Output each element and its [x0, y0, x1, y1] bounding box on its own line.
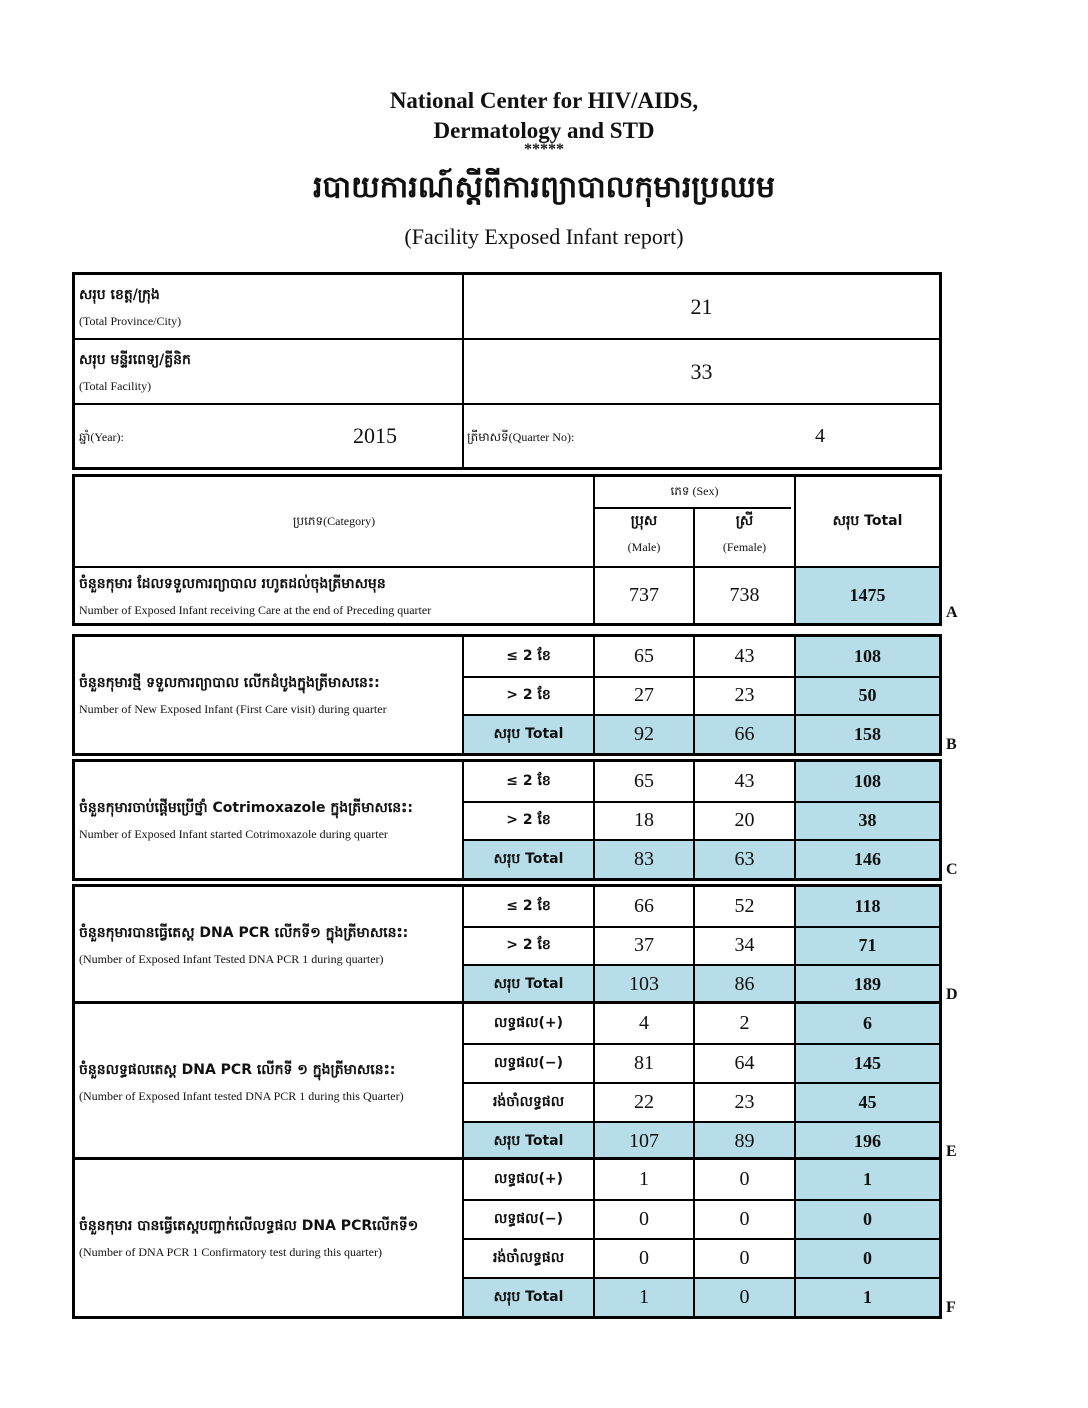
male-value: 37 — [595, 928, 693, 965]
male-value: 65 — [595, 762, 693, 801]
female-value: 2 — [695, 1004, 794, 1043]
section-a-female: 738 — [695, 568, 794, 623]
total-value: 45 — [796, 1084, 939, 1121]
total-value: 1 — [796, 1279, 939, 1316]
total-value: 145 — [796, 1045, 939, 1082]
female-value: 34 — [695, 928, 794, 965]
total-value: 71 — [796, 928, 939, 965]
female-value: 43 — [695, 762, 794, 801]
separator-stars: ***** — [0, 143, 1088, 157]
female-value: 86 — [695, 966, 794, 1003]
section-b-table: ចំនួនកុមារថ្មី ទទួលការព្យាបាល លើកដំបូងក្… — [72, 634, 942, 756]
male-value: 1 — [595, 1160, 693, 1199]
section-c-label: ចំនួនកុមារចាប់ផ្តើមប្រើថ្នាំ Cotrimoxazo… — [79, 762, 459, 878]
female-value: 0 — [695, 1279, 794, 1316]
male-value: 65 — [595, 637, 693, 676]
facility-value: 33 — [464, 340, 939, 403]
female-value: 0 — [695, 1240, 794, 1277]
male-value: 107 — [595, 1123, 693, 1160]
quarter-value: 4 — [795, 425, 845, 448]
male-value: 18 — [595, 803, 693, 840]
row-label: លទ្ធផល(+) — [464, 1004, 593, 1043]
row-label: ≤ 2 ខែ — [464, 887, 593, 926]
facility-label: សរុប មន្ទីរពេទ្យ/គ្លីនិក (Total Facility… — [79, 350, 459, 394]
male-header: ប្រុស (Male) — [595, 511, 693, 555]
male-value: 0 — [595, 1201, 693, 1238]
row-label: > 2 ខែ — [464, 678, 593, 715]
section-c-letter: C — [946, 861, 958, 879]
province-value: 21 — [464, 275, 939, 338]
row-label: ≤ 2 ខែ — [464, 637, 593, 676]
section-c-table: ចំនួនកុមារចាប់ផ្តើមប្រើថ្នាំ Cotrimoxazo… — [72, 759, 942, 881]
total-value: 50 — [796, 678, 939, 715]
row-label: ≤ 2 ខែ — [464, 762, 593, 801]
year-value: 2015 — [325, 423, 425, 449]
female-value: 0 — [695, 1160, 794, 1199]
section-f-label: ចំនួនកុមារ បានធ្វើតេស្តបញ្ជាក់លើលទ្ធផល D… — [79, 1160, 459, 1316]
section-e-label: ចំនួនលទ្ធផលតេស្ត DNA PCR លើកទី ១ ក្នុងត្… — [79, 1004, 459, 1160]
row-label: លទ្ធផល(−) — [464, 1201, 593, 1238]
female-value: 52 — [695, 887, 794, 926]
female-value: 89 — [695, 1123, 794, 1160]
row-label: សរុប Total — [464, 966, 593, 1003]
section-d-table: ចំនួនកុមារបានធ្វើតេស្ត DNA PCR លើកទី១ ក្… — [72, 884, 942, 1006]
male-value: 0 — [595, 1240, 693, 1277]
section-e-table: ចំនួនលទ្ធផលតេស្ត DNA PCR លើកទី ១ ក្នុងត្… — [72, 1001, 942, 1163]
total-header: សរុប Total — [796, 477, 939, 566]
row-label: > 2 ខែ — [464, 803, 593, 840]
section-a-label: ចំនួនកុមារ ដែលទទួលការព្យាបាល រហូតដល់ចុងត… — [79, 574, 589, 618]
year-label: ឆ្នាំ(Year): — [79, 429, 124, 447]
female-value: 66 — [695, 716, 794, 753]
report-title-khmer: របាយការណ៍ស្តីពីការព្យាបាលកុមារប្រឈម — [0, 168, 1088, 208]
row-label: សរុប Total — [464, 1123, 593, 1160]
org-line-1: National Center for HIV/AIDS, — [0, 86, 1088, 116]
male-value: 4 — [595, 1004, 693, 1043]
row-label: សរុប Total — [464, 716, 593, 753]
total-value: 158 — [796, 716, 939, 753]
row-label: > 2 ខែ — [464, 928, 593, 965]
organization-name: National Center for HIV/AIDS, Dermatolog… — [0, 86, 1088, 146]
total-value: 38 — [796, 803, 939, 840]
total-value: 0 — [796, 1201, 939, 1238]
report-subtitle: (Facility Exposed Infant report) — [0, 222, 1088, 252]
quarter-label: ត្រីមាសទី(Quarter No): — [467, 429, 574, 447]
section-a-total: 1475 — [796, 568, 939, 623]
row-label: លទ្ធផល(−) — [464, 1045, 593, 1082]
section-a-male: 737 — [595, 568, 693, 623]
female-header: ស្រី (Female) — [695, 511, 794, 555]
section-b-letter: B — [946, 736, 957, 754]
province-label: សរុប ខេត្ត/ក្រុង (Total Province/City) — [79, 285, 459, 329]
male-value: 1 — [595, 1279, 693, 1316]
section-f-letter: F — [946, 1299, 956, 1317]
category-header: ប្រភេទ(Category) — [75, 477, 593, 566]
table-header-and-section-a: ប្រភេទ(Category) ភេទ (Sex) ប្រុស (Male) … — [72, 474, 942, 626]
row-label: រង់ចាំលទ្ធផល — [464, 1240, 593, 1277]
total-value: 1 — [796, 1160, 939, 1199]
total-value: 6 — [796, 1004, 939, 1043]
section-b-label: ចំនួនកុមារថ្មី ទទួលការព្យាបាល លើកដំបូងក្… — [79, 637, 459, 753]
summary-table: សរុប ខេត្ត/ក្រុង (Total Province/City) 2… — [72, 272, 942, 470]
total-value: 189 — [796, 966, 939, 1003]
male-value: 81 — [595, 1045, 693, 1082]
total-value: 108 — [796, 637, 939, 676]
section-d-letter: D — [946, 986, 958, 1004]
total-value: 196 — [796, 1123, 939, 1160]
female-value: 23 — [695, 1084, 794, 1121]
male-value: 27 — [595, 678, 693, 715]
sex-header: ភេទ (Sex) — [595, 477, 794, 507]
female-value: 43 — [695, 637, 794, 676]
row-label: រង់ចាំលទ្ធផល — [464, 1084, 593, 1121]
row-label: លទ្ធផល(+) — [464, 1160, 593, 1199]
male-value: 92 — [595, 716, 693, 753]
section-d-label: ចំនួនកុមារបានធ្វើតេស្ត DNA PCR លើកទី១ ក្… — [79, 887, 459, 1003]
total-value: 118 — [796, 887, 939, 926]
section-a-letter: A — [946, 604, 958, 622]
total-value: 0 — [796, 1240, 939, 1277]
male-value: 66 — [595, 887, 693, 926]
row-label: សរុប Total — [464, 1279, 593, 1316]
female-value: 23 — [695, 678, 794, 715]
female-value: 63 — [695, 841, 794, 878]
section-f-table: ចំនួនកុមារ បានធ្វើតេស្តបញ្ជាក់លើលទ្ធផល D… — [72, 1157, 942, 1319]
row-label: សរុប Total — [464, 841, 593, 878]
male-value: 83 — [595, 841, 693, 878]
male-value: 22 — [595, 1084, 693, 1121]
male-value: 103 — [595, 966, 693, 1003]
female-value: 0 — [695, 1201, 794, 1238]
total-value: 146 — [796, 841, 939, 878]
female-value: 20 — [695, 803, 794, 840]
section-e-letter: E — [946, 1143, 957, 1161]
female-value: 64 — [695, 1045, 794, 1082]
total-value: 108 — [796, 762, 939, 801]
